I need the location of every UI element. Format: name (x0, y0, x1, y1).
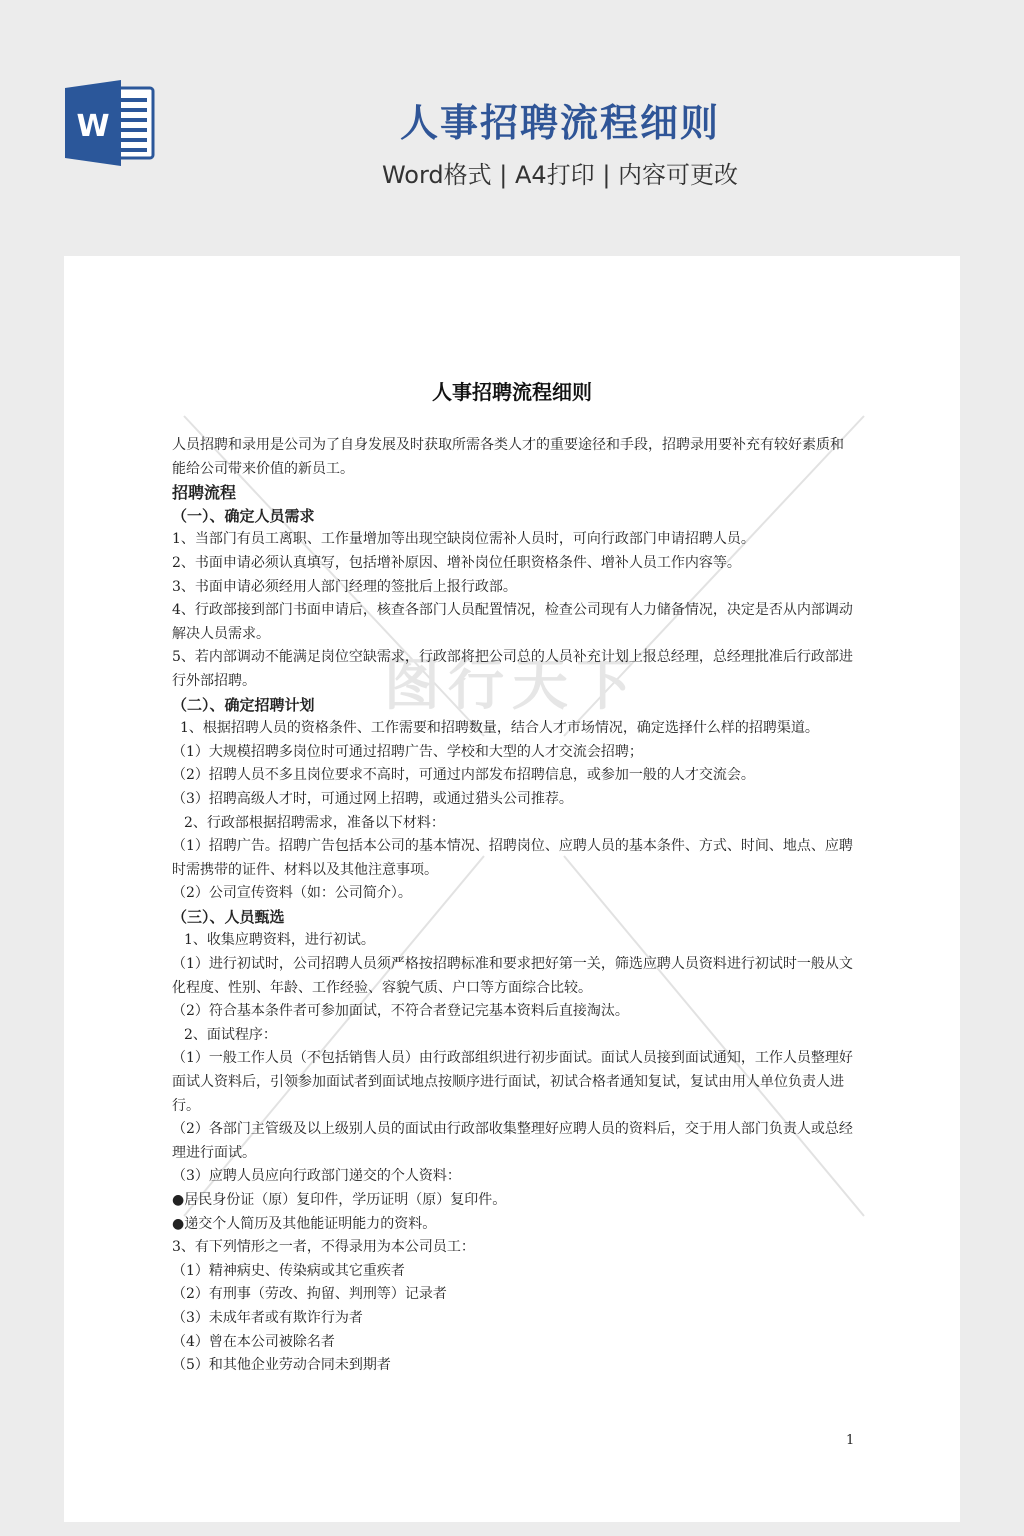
section-heading: 招聘流程 (172, 481, 856, 505)
paragraph: 人员招聘和录用是公司为了自身发展及时获取所需各类人才的重要途径和手段，招聘录用要… (172, 434, 856, 481)
banner: W 人事招聘流程细则 Word格式 | A4打印 | 内容可更改 (0, 0, 1024, 256)
paragraph: （1）进行初试时，公司招聘人员须严格按招聘标准和要求把好第一关，筛选应聘人员资料… (172, 953, 856, 1000)
paragraph: （3）应聘人员应向行政部门递交的个人资料： (172, 1165, 856, 1189)
paragraph: ●递交个人简历及其他能证明能力的资料。 (172, 1213, 856, 1237)
paragraph: （3）未成年者或有欺诈行为者 (172, 1307, 856, 1331)
paragraph: （2）各部门主管级及以上级别人员的面试由行政部收集整理好应聘人员的资料后，交于用… (172, 1118, 856, 1165)
paragraph: 3、书面申请必须经用人部门经理的签批后上报行政部。 (172, 576, 856, 600)
paragraph: （1）大规模招聘多岗位时可通过招聘广告、学校和大型的人才交流会招聘； (172, 741, 856, 765)
document-body: 人员招聘和录用是公司为了自身发展及时获取所需各类人才的重要途径和手段，招聘录用要… (172, 434, 856, 1378)
paragraph: （2）公司宣传资料（如：公司简介）。 (172, 882, 856, 906)
paragraph: 2、行政部根据招聘需求，准备以下材料： (172, 812, 856, 836)
paragraph: 4、行政部接到部门书面申请后，核查各部门人员配置情况，检查公司现有人力储备情况，… (172, 599, 856, 646)
document-title: 人事招聘流程细则 (64, 376, 960, 405)
svg-text:W: W (76, 109, 109, 144)
paragraph: ●居民身份证（原）复印件，学历证明（原）复印件。 (172, 1189, 856, 1213)
paragraph: （1）一般工作人员（不包括销售人员）由行政部组织进行初步面试。面试人员接到面试通… (172, 1047, 856, 1118)
paragraph: （3）招聘高级人才时，可通过网上招聘，或通过猎头公司推荐。 (172, 788, 856, 812)
paragraph: 1、收集应聘资料，进行初试。 (172, 929, 856, 953)
subsection-heading: （三）、人员甄选 (172, 906, 856, 930)
paragraph: 1、根据招聘人员的资格条件、工作需要和招聘数量，结合人才市场情况，确定选择什么样… (172, 717, 856, 741)
paragraph: 2、书面申请必须认真填写，包括增补原因、增补岗位任职资格条件、增补人员工作内容等… (172, 552, 856, 576)
paragraph: （1）招聘广告。招聘广告包括本公司的基本情况、招聘岗位、应聘人员的基本条件、方式… (172, 835, 856, 882)
paragraph: （5）和其他企业劳动合同未到期者 (172, 1354, 856, 1378)
paragraph: （2）招聘人员不多且岗位要求不高时，可通过内部发布招聘信息，或参加一般的人才交流… (172, 764, 856, 788)
paragraph: 2、面试程序： (172, 1024, 856, 1048)
paragraph: 5、若内部调动不能满足岗位空缺需求，行政部将把公司总的人员补充计划上报总经理，总… (172, 646, 856, 693)
paragraph: （1）精神病史、传染病或其它重疾者 (172, 1260, 856, 1284)
paragraph: （4）曾在本公司被除名者 (172, 1331, 856, 1355)
subsection-heading: （二）、确定招聘计划 (172, 694, 856, 718)
document-page: 图行天下 人事招聘流程细则 人员招聘和录用是公司为了自身发展及时获取所需各类人才… (64, 256, 960, 1522)
paragraph: （2）有刑事（劳改、拘留、判刑等）记录者 (172, 1283, 856, 1307)
word-document-icon: W (65, 80, 157, 166)
paragraph: 3、有下列情形之一者，不得录用为本公司员工： (172, 1236, 856, 1260)
paragraph: 1、当部门有员工离职、工作量增加等出现空缺岗位需补人员时，可向行政部门申请招聘人… (172, 528, 856, 552)
banner-subtitle: Word格式 | A4打印 | 内容可更改 (300, 155, 820, 190)
banner-title: 人事招聘流程细则 (300, 92, 820, 147)
page-number: 1 (846, 1433, 854, 1448)
paragraph: （2）符合基本条件者可参加面试，不符合者登记完基本资料后直接淘汰。 (172, 1000, 856, 1024)
subsection-heading: （一）、确定人员需求 (172, 505, 856, 529)
